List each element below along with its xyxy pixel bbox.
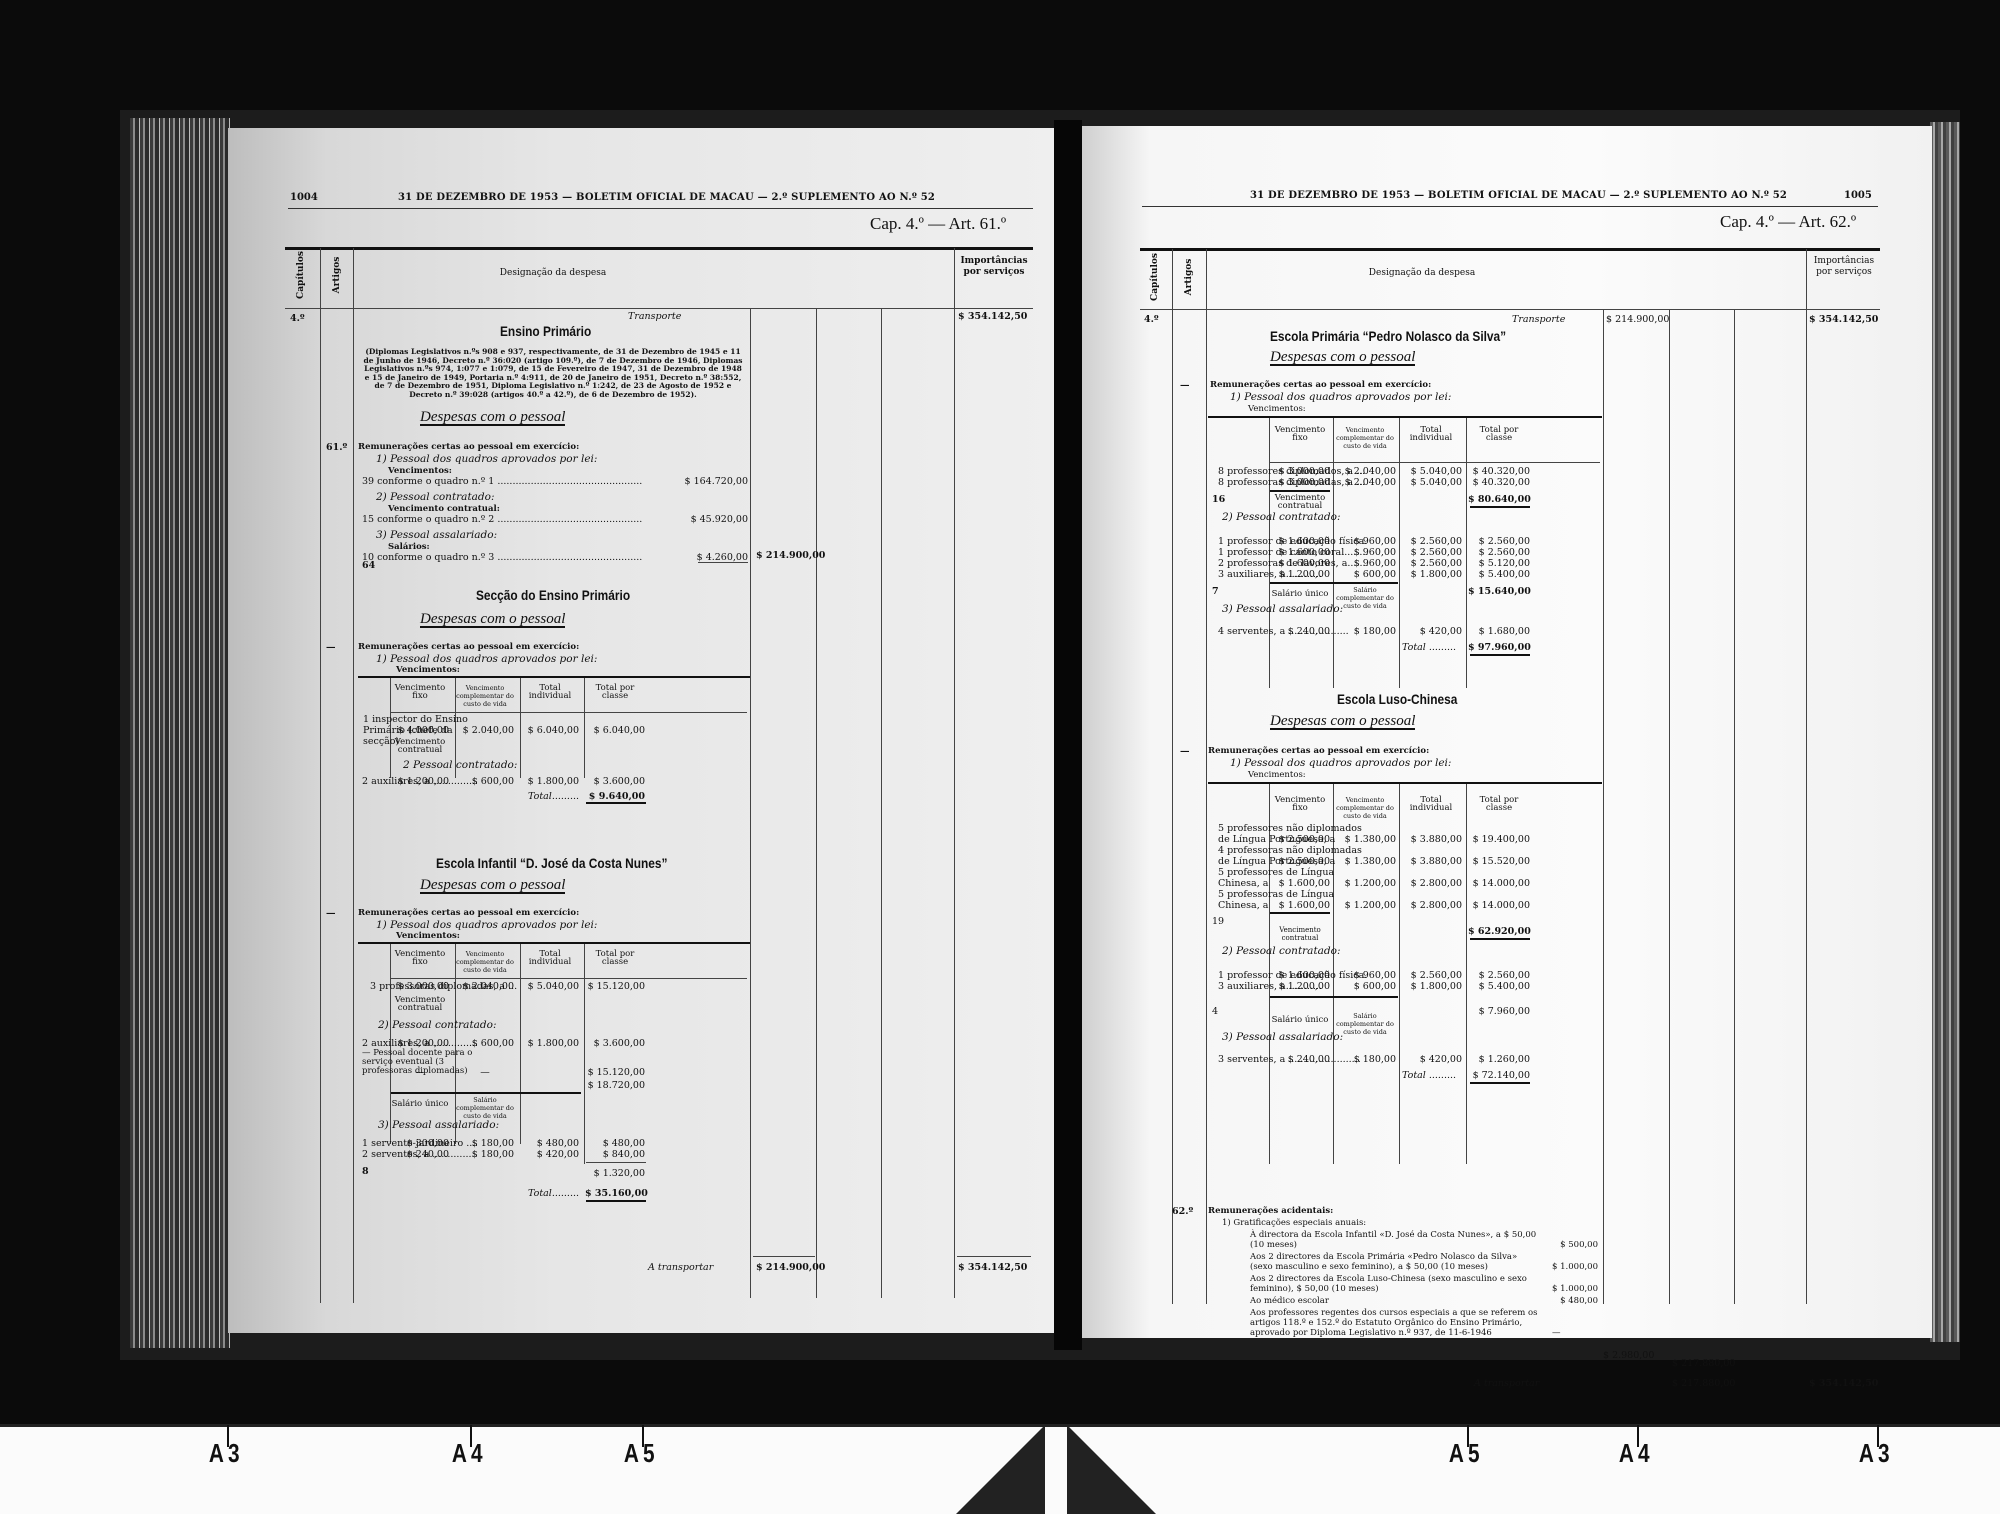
a-transportar-label: A transportar <box>648 1262 713 1273</box>
column-header: Total por classe <box>1468 796 1530 812</box>
rule <box>1470 654 1530 656</box>
right-page: 31 DE DEZEMBRO DE 1953 — BOLETIM OFICIAL… <box>1082 126 1932 1338</box>
cell-value: $ 2.500,00 <box>1270 834 1330 845</box>
column-header: Salário único <box>1270 590 1330 598</box>
page-number: 1005 <box>1844 190 1872 201</box>
rule <box>1270 996 1398 998</box>
cell-value: $ 1.200,00 <box>1270 981 1330 992</box>
cell-value: $ 180,00 <box>456 1149 514 1160</box>
cell-value: $ 1.380,00 <box>1334 856 1396 867</box>
artigo-number: — <box>326 908 336 919</box>
col-divider <box>954 248 955 1298</box>
section-heading: Remunerações acidentais: <box>1208 1206 1333 1217</box>
cell-value: $ 960,00 <box>1334 558 1396 569</box>
cell-value: $ 300,00 <box>391 1138 449 1149</box>
header-importancias: Importâncias por serviços <box>1807 256 1881 278</box>
cell-value: $ 3.000,00 <box>1270 466 1330 477</box>
cell-value: $ 2.040,00 <box>456 725 514 736</box>
cell-value: $ 1.800,00 <box>1400 981 1462 992</box>
cell-value: $ 6.040,00 <box>521 725 579 736</box>
cell-value: $ 1.200,00 <box>1334 900 1396 911</box>
cell-value: $ 14.000,00 <box>1468 878 1530 889</box>
column-header: Salário complementar do custo de vida <box>1334 586 1396 610</box>
rule <box>391 1092 581 1094</box>
rule <box>1466 418 1467 688</box>
cell-value: — <box>391 1067 449 1078</box>
table-top-rule <box>1140 248 1880 251</box>
transporte-value: $ 354.142,50 <box>958 311 1027 322</box>
capitulo-number: 4.º <box>1144 314 1159 325</box>
scan-marker-label: A 4 <box>1619 1438 1650 1469</box>
section-total: $ 9.640,00 <box>585 791 645 802</box>
group-total: $ 15.640,00 <box>1468 586 1530 597</box>
rule <box>586 802 646 804</box>
group-subheading: Vencimentos: <box>1248 404 1306 415</box>
cell-value: $ 960,00 <box>1334 536 1396 547</box>
col-divider <box>1603 309 1604 1304</box>
header-capitulos: Capítulos <box>296 250 306 300</box>
rule <box>753 1256 815 1257</box>
chapter-article: Cap. 4.º — Art. 62.º <box>1720 212 1856 232</box>
group-count: 16 <box>1212 494 1225 505</box>
header-designacao: Designação da despesa <box>1322 268 1522 279</box>
group-heading: 2 Pessoal contratado: <box>403 760 517 771</box>
cell-value: $ 2.560,00 <box>1400 558 1462 569</box>
item-value: $ 164.720,00 <box>648 476 748 487</box>
scan-marker-label: A 3 <box>1859 1438 1890 1469</box>
cell-value: $ 240,00 <box>1270 626 1330 637</box>
cell-value: $ 19.400,00 <box>1468 834 1530 845</box>
cell-value: $ 40.320,00 <box>1468 466 1530 477</box>
col-divider <box>1734 309 1735 1304</box>
column-header: Total individual <box>521 950 579 966</box>
cell-value: $ 1.200,00 <box>1270 569 1330 580</box>
section-total: $ 97.960,00 <box>1468 642 1530 653</box>
group-total: $ 80.640,00 <box>1468 494 1530 505</box>
capitulo-number: 4.º <box>290 313 305 324</box>
rule <box>1466 784 1467 1164</box>
col-divider <box>353 248 354 1303</box>
header-rule <box>1142 206 1878 207</box>
cell-value: $ 14.000,00 <box>1468 900 1530 911</box>
cell-value: $ 960,00 <box>1334 547 1396 558</box>
remuneracoes-heading: Remunerações certas ao pessoal em exercí… <box>1210 380 1431 391</box>
cell-value: $ 1.800,00 <box>521 1038 579 1049</box>
a-transportar-value: $ 354.142,50 <box>1809 1378 1878 1389</box>
transporte-label: Transporte <box>628 311 681 322</box>
transporte-label: Transporte <box>1512 314 1565 325</box>
cell-value: $ 600,00 <box>1334 981 1396 992</box>
header-importancias: Importâncias por serviços <box>955 256 1033 278</box>
section-subtitle: Despesas com o pessoal <box>1270 716 1415 730</box>
cell-value: $ 180,00 <box>456 1138 514 1149</box>
column-header: Vencimento fixo <box>1270 426 1330 442</box>
rule <box>586 1200 646 1202</box>
cell-value: $ 2.500,00 <box>1270 856 1330 867</box>
cell-value: $ 1.600,00 <box>1270 558 1330 569</box>
right-page-edges <box>1930 122 1960 1342</box>
gratificacao-description: Aos 2 directores da Escola Primária «Ped… <box>1240 1252 1540 1272</box>
section-title: Secção do Ensino Primário <box>476 590 630 601</box>
cell-value: $ 6.040,00 <box>585 725 645 736</box>
cell-value: $ 5.040,00 <box>1400 466 1462 477</box>
a-transportar-label: A transportar <box>1474 1378 1539 1389</box>
section-subtitle: Despesas com o pessoal <box>420 614 565 628</box>
cell-value: $ 1.380,00 <box>1334 834 1396 845</box>
total-label: Total......... <box>528 1188 579 1199</box>
group-count: 4 <box>1212 1006 1218 1017</box>
column-header: Total por classe <box>1468 426 1530 442</box>
column-header: Salário complementar do custo de vida <box>456 1096 514 1120</box>
rule <box>1270 462 1600 463</box>
cell-value: $ 240,00 <box>391 1149 449 1160</box>
book-gutter <box>1054 120 1082 1350</box>
cell-value: $ 420,00 <box>1400 1054 1462 1065</box>
cell-value: $ 2.800,00 <box>1400 900 1462 911</box>
cell-value: $ 2.800,00 <box>1400 878 1462 889</box>
gratificacao-value: $ 1.000,00 <box>1512 1284 1598 1295</box>
group-total: $ 1.320,00 <box>585 1168 645 1179</box>
group-heading: 3) Pessoal assalariado: <box>378 1120 499 1131</box>
col-divider <box>1206 249 1207 1304</box>
cell-value: $ 5.120,00 <box>1468 558 1530 569</box>
remuneracoes-heading: Remunerações certas ao pessoal em exercí… <box>358 908 579 919</box>
artigo-number: — <box>1180 380 1190 391</box>
artigo-number: 62.º <box>1172 1206 1193 1217</box>
column-header: Total individual <box>521 684 579 700</box>
gratificacao-description: À directora da Escola Infantil «D. José … <box>1240 1230 1540 1250</box>
section-title: Escola Infantil “D. José da Costa Nunes” <box>436 858 667 869</box>
cell-value: $ 1.800,00 <box>521 776 579 787</box>
column-header: Total individual <box>1400 796 1462 812</box>
rule <box>1270 582 1398 584</box>
left-page: 1004 31 DE DEZEMBRO DE 1953 — BOLETIM OF… <box>228 128 1054 1333</box>
cell-value: $ 1.600,00 <box>1270 547 1330 558</box>
group-heading: 2) Pessoal contratado: <box>378 1020 497 1031</box>
header-rule <box>288 208 1033 209</box>
column-header: Vencimento contratual <box>391 996 449 1012</box>
column-header: Salário único <box>1270 1016 1330 1024</box>
section-title: Escola Primária “Pedro Nolasco da Silva” <box>1270 331 1506 342</box>
group-total: $ 7.960,00 <box>1468 1006 1530 1017</box>
col-divider <box>1172 249 1173 1304</box>
cell-value: $ 5.040,00 <box>521 981 579 992</box>
cell-value: $ 180,00 <box>1334 626 1396 637</box>
gratificacao-value: — <box>1552 1328 1561 1339</box>
item-line: 15 conforme o quadro n.º 2 .............… <box>362 514 662 525</box>
column-header: Vencimento contratual <box>1270 926 1330 942</box>
transporte-col: $ 214.900,00 <box>1606 314 1669 325</box>
column-header: Vencimento complementar do custo de vida <box>1334 796 1396 820</box>
col-divider <box>320 248 321 1303</box>
running-head: 31 DE DEZEMBRO DE 1953 — BOLETIM OFICIAL… <box>1250 190 1787 201</box>
rule <box>391 978 747 979</box>
rule <box>358 942 750 944</box>
gratificacao-value: $ 480,00 <box>1512 1296 1598 1307</box>
gratificacao-value: $ 500,00 <box>1512 1240 1598 1251</box>
cell-value: $ 3.880,00 <box>1400 856 1462 867</box>
group-heading: 3) Pessoal assalariado: <box>1222 604 1343 615</box>
section-subtitle: Despesas com o pessoal <box>1270 352 1415 366</box>
cell-value: $ 1.800,00 <box>1400 569 1462 580</box>
column-header: Vencimento complementar do custo de vida <box>456 684 514 708</box>
column-header: Vencimento contratual <box>391 738 449 754</box>
cell-value: $ 2.040,00 <box>1334 477 1396 488</box>
header-capitulos: Capítulos <box>1150 252 1160 302</box>
cell-value: $ 240,00 <box>1270 1054 1330 1065</box>
col-divider <box>1669 309 1670 1304</box>
subtotal: $ 2.980,00 <box>1603 1350 1654 1361</box>
group-total: $ 62.920,00 <box>1468 926 1530 937</box>
item-line: 39 conforme o quadro n.º 1 .............… <box>362 476 662 487</box>
group-total: $ 18.720,00 <box>585 1080 645 1091</box>
cell-value: $ 15.520,00 <box>1468 856 1530 867</box>
col-divider <box>881 308 882 1298</box>
rule <box>1470 1082 1530 1084</box>
rule <box>358 676 750 678</box>
gratificacao-description: Ao médico escolar <box>1240 1296 1540 1306</box>
group-heading: 2) Pessoal contratado: <box>1222 946 1341 957</box>
column-header: Vencimento fixo <box>391 684 449 700</box>
cell-value: $ 600,00 <box>1334 569 1396 580</box>
cell-value: $ 1.600,00 <box>1270 900 1330 911</box>
item-line: 10 conforme o quadro n.º 3 .............… <box>362 552 662 563</box>
group-heading: 1) Pessoal dos quadros aprovados por lei… <box>1230 392 1451 403</box>
group-subheading: Vencimentos: <box>1248 770 1306 781</box>
remuneracoes-heading: Remunerações certas ao pessoal em exercí… <box>358 642 579 653</box>
section-title: Ensino Primário <box>500 326 591 337</box>
cell-value: $ 1.600,00 <box>1270 970 1330 981</box>
section-subtitle: Despesas com o pessoal <box>420 412 565 426</box>
cell-value: $ 600,00 <box>456 776 514 787</box>
rule <box>1470 506 1530 508</box>
cell-value: $ 420,00 <box>1400 626 1462 637</box>
cell-value: $ 1.200,00 <box>1334 878 1396 889</box>
cell-value: $ 5.400,00 <box>1468 981 1530 992</box>
a-transportar-value: $ 354.142,50 <box>958 1262 1027 1273</box>
page-number: 1004 <box>290 192 318 203</box>
cell-value: $ 2.560,00 <box>1400 536 1462 547</box>
artigo-number: — <box>326 642 336 653</box>
group-heading: 1) Pessoal dos quadros aprovados por lei… <box>1230 758 1451 769</box>
total-label: Total......... <box>528 791 579 802</box>
left-page-edges <box>130 118 230 1348</box>
cell-value: $ 480,00 <box>521 1138 579 1149</box>
section-total: $ 72.140,00 <box>1468 1070 1530 1081</box>
col-divider <box>750 308 751 1298</box>
rule <box>391 712 747 713</box>
center-wedge-right-icon <box>1067 1425 1157 1514</box>
group-heading: 1) Pessoal dos quadros aprovados por lei… <box>376 920 597 931</box>
scan-marker-label: A 5 <box>1449 1438 1480 1469</box>
remuneracoes-heading: Remunerações certas ao pessoal em exercí… <box>1208 746 1429 757</box>
cell-value: $ 1.200,00 <box>391 776 449 787</box>
cell-value: $ 2.560,00 <box>1468 536 1530 547</box>
cell-value: $ 2.560,00 <box>1468 970 1530 981</box>
column-header: Vencimento fixo <box>1270 796 1330 812</box>
rule <box>1208 416 1602 418</box>
rule <box>1208 782 1602 784</box>
table-top-rule <box>285 247 1033 250</box>
cell-value: $ 3.000,00 <box>1270 477 1330 488</box>
group-count: 19 <box>1212 916 1224 927</box>
cell-value: $ 1.680,00 <box>1468 626 1530 637</box>
cell-value: $ 15.120,00 <box>585 1067 645 1078</box>
rule <box>584 944 585 1164</box>
scan-marker-label: A 3 <box>209 1438 240 1469</box>
group-subheading: Vencimentos: <box>396 665 460 676</box>
cell-value: $ 2.560,00 <box>1468 547 1530 558</box>
group-count: 8 <box>362 1166 369 1177</box>
cell-value: — <box>456 1067 514 1078</box>
rule <box>957 1256 1031 1257</box>
rule <box>1270 912 1330 914</box>
cell-value: $ 180,00 <box>1334 1054 1396 1065</box>
column-header: Salário complementar do custo de vida <box>1334 1012 1396 1036</box>
column-header: Vencimento fixo <box>391 950 449 966</box>
item-value: $ 45.920,00 <box>648 514 748 525</box>
legal-note: (Diplomas Legislativos n.ºs 908 e 937, r… <box>363 348 743 399</box>
column-header: Total por classe <box>585 950 645 966</box>
group-heading: 3) Pessoal assalariado: <box>1222 1032 1343 1043</box>
cell-value: $ 2.560,00 <box>1400 547 1462 558</box>
cell-value: $ 3.880,00 <box>1400 834 1462 845</box>
section-total: $ 35.160,00 <box>585 1188 645 1199</box>
column-header: Total por classe <box>585 684 645 700</box>
cell-value: $ 1.600,00 <box>1270 878 1330 889</box>
scan-marker-label: A 4 <box>452 1438 483 1469</box>
section-subtitle: Despesas com o pessoal <box>420 880 565 894</box>
cell-value: $ 3.600,00 <box>585 776 645 787</box>
cell-value: $ 1.260,00 <box>1468 1054 1530 1065</box>
artigo-number: — <box>1180 746 1190 757</box>
cell-value: $ 2.560,00 <box>1400 970 1462 981</box>
column-header: Total individual <box>1400 426 1462 442</box>
header-artigos: Artigos <box>1184 252 1194 302</box>
cell-value: $ 4.000,00 <box>391 725 449 736</box>
rule <box>698 562 748 563</box>
header-artigos: Artigos <box>332 250 342 300</box>
header-bottom-rule <box>1140 309 1880 310</box>
col-divider <box>1806 249 1807 1304</box>
center-wedge-left-icon <box>955 1425 1045 1514</box>
gratificacao-value: $ 1.000,00 <box>1512 1262 1598 1273</box>
group-heading: 2) Pessoal contratado: <box>376 492 495 503</box>
group-count: 7 <box>1212 586 1219 597</box>
group-heading: 2) Pessoal contratado: <box>1222 512 1341 523</box>
column-header: Vencimento complementar do custo de vida <box>1334 426 1396 450</box>
rule <box>1270 490 1330 492</box>
column-header: Salário único <box>391 1100 449 1108</box>
total-count: 64 <box>362 560 375 571</box>
cell-value: $ 960,00 <box>1334 970 1396 981</box>
cell-value: $ 5.400,00 <box>1468 569 1530 580</box>
cell-value: $ 3.000,00 <box>391 981 449 992</box>
cell-value: $ 2.040,00 <box>1334 466 1396 477</box>
section-total: $ 214.900,00 <box>756 550 825 561</box>
rule <box>586 1162 646 1163</box>
remuneracoes-heading: Remunerações certas ao pessoal em exercí… <box>358 442 579 453</box>
column-header: Vencimento complementar do custo de vida <box>456 950 514 974</box>
cell-value: $ 40.320,00 <box>1468 477 1530 488</box>
cell-value: $ 840,00 <box>585 1149 645 1160</box>
a-transportar-col: $ 217.880,00 <box>1672 1378 1735 1389</box>
running-head: 31 DE DEZEMBRO DE 1953 — BOLETIM OFICIAL… <box>398 192 935 203</box>
gratificacao-description: Aos 2 directores da Escola Luso-Chinesa … <box>1240 1274 1540 1294</box>
column-header: Vencimento contratual <box>1270 494 1330 510</box>
total-label: Total ......... <box>1402 642 1456 653</box>
total-label: Total ......... <box>1402 1070 1456 1081</box>
header-bottom-rule <box>285 308 1033 309</box>
transporte-value: $ 354.142,50 <box>1809 314 1878 325</box>
header-designacao: Designação da despesa <box>418 268 688 279</box>
group-heading: 1) Pessoal dos quadros aprovados por lei… <box>376 654 597 665</box>
a-transportar-col: $ 214.900,00 <box>756 1262 825 1273</box>
cell-value: $ 3.600,00 <box>585 1038 645 1049</box>
cell-value: $ 1.600,00 <box>1270 536 1330 547</box>
scan-marker-label: A 5 <box>624 1438 655 1469</box>
group-heading: 1) Gratificações especiais anuais: <box>1222 1218 1366 1229</box>
col-divider <box>816 308 817 1298</box>
group-subheading: Vencimentos: <box>396 931 460 942</box>
cell-value: $ 15.120,00 <box>585 981 645 992</box>
gratificacao-description: Aos professores regentes dos cursos espe… <box>1240 1308 1540 1338</box>
group-heading: 3) Pessoal assalariado: <box>376 530 497 541</box>
cell-value: $ 2.040,00 <box>456 981 514 992</box>
column-total: $ 217.880,00 <box>1672 1358 1735 1369</box>
cell-value: $ 5.040,00 <box>1400 477 1462 488</box>
group-heading: 1) Pessoal dos quadros aprovados por lei… <box>376 454 597 465</box>
rule <box>1470 938 1530 940</box>
cell-value: $ 480,00 <box>585 1138 645 1149</box>
artigo-number: 61.º <box>326 442 347 453</box>
chapter-article: Cap. 4.º — Art. 61.º <box>870 214 1006 234</box>
section-title: Escola Luso-Chinesa <box>1337 694 1457 705</box>
cell-value: $ 420,00 <box>521 1149 579 1160</box>
